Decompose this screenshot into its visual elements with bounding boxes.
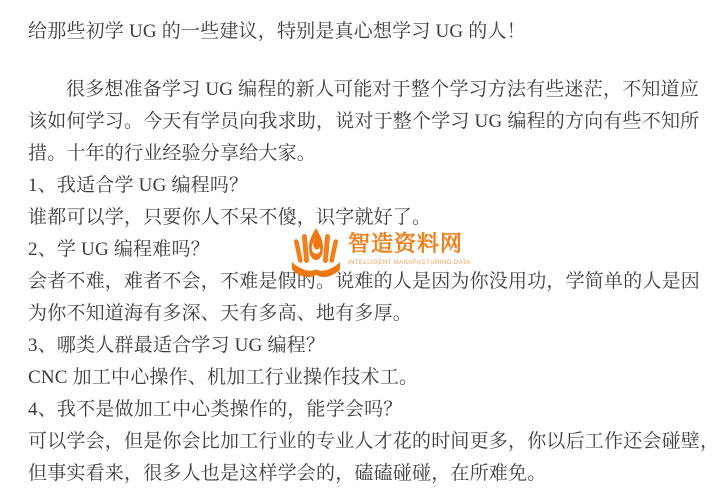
paragraph-line: 很多想准备学习 UG 编程的新人可能对于整个学习方法有些迷茫，不知道应 [66, 74, 699, 106]
question-line-2: 2、学 UG 编程难吗？ [28, 234, 210, 266]
question-line-1: 1、我适合学 UG 编程吗？ [28, 170, 248, 202]
question-line-3: 3、哪类人群最适合学习 UG 编程？ [28, 330, 325, 362]
answer-line: 为你不知道海有多深、天有多高、地有多厚。 [28, 298, 412, 330]
brand-book-flame-icon [291, 227, 341, 284]
brand-subtitle: INTELLIGENT MANUFACTURING DATA [348, 260, 471, 266]
document-page: 给那些初学 UG 的一些建议，特别是真心想学习 UG 的人！ 很多想准备学习 U… [0, 0, 720, 493]
brand-text-block: 智造资料网 INTELLIGENT MANUFACTURING DATA [348, 231, 471, 266]
answer-line: CNC 加工中心操作、机加工行业操作技术工。 [28, 362, 418, 394]
paragraph-line: 该如何学习。今天有学员向我求助，说对于整个学习 UG 编程的方向有些不知所 [28, 106, 699, 138]
answer-line: 可以学会，但是你会比加工行业的专业人才花的时间更多，你以后工作还会碰壁， [28, 426, 719, 458]
document-title: 给那些初学 UG 的一些建议，特别是真心想学习 UG 的人！ [28, 16, 526, 48]
question-line-4: 4、我不是做加工中心类操作的，能学会吗？ [28, 394, 403, 426]
answer-line: 但事实看来，很多人也是这样学会的，磕磕碰碰，在所难免。 [28, 458, 546, 490]
brand-name: 智造资料网 [348, 231, 471, 257]
paragraph-line: 措。十年的行业经验分享给大家。 [28, 138, 316, 170]
watermark-logo: 智造资料网 INTELLIGENT MANUFACTURING DATA [291, 226, 461, 286]
